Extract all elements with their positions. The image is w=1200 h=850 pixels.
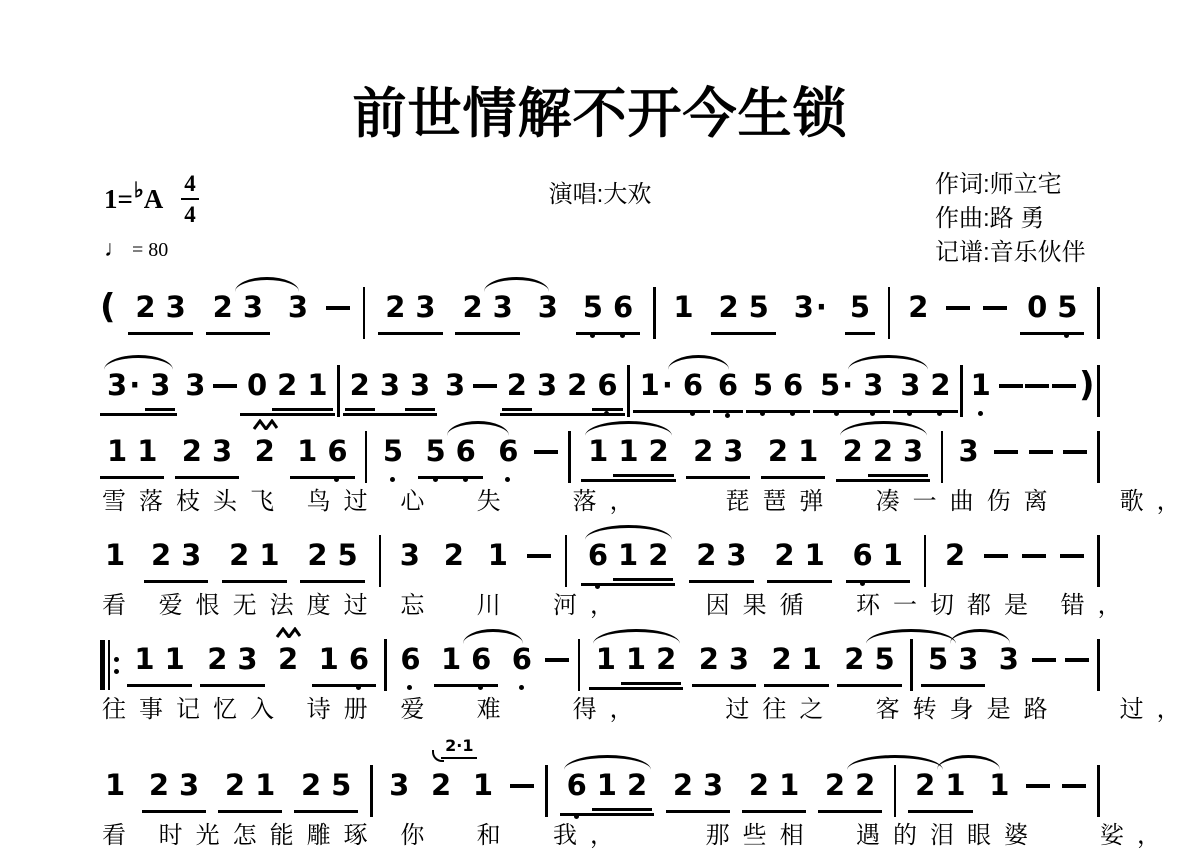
beamed-note-group: 23 — [692, 642, 756, 687]
beamed-note-group: 25 — [300, 538, 364, 583]
note-digit: 1 — [307, 368, 327, 402]
note: 6 — [451, 434, 481, 474]
note: 2 — [940, 538, 970, 578]
note-digit: 3 — [410, 368, 430, 402]
note: 2 — [644, 434, 674, 477]
note: 2 — [651, 642, 681, 685]
note-digit: 2 — [207, 642, 227, 676]
sustain-dash — [1063, 450, 1087, 454]
sustain-dash — [1060, 554, 1084, 558]
note: 1 — [613, 538, 643, 581]
note: 2 — [130, 290, 160, 330]
slur-arc — [104, 355, 173, 370]
note-digit: 2 — [151, 538, 171, 572]
note: 6 — [395, 642, 425, 682]
note-digit: 2 — [873, 434, 893, 468]
credits-block: 作词:师立宅 作曲:路 勇 记谱:音乐伙伴 — [935, 168, 1086, 270]
composer-credit: 作曲:路 勇 — [935, 202, 1086, 236]
barline — [910, 639, 913, 691]
note-digit: 2 — [718, 290, 738, 324]
note-digit: 2 — [182, 434, 202, 468]
note: 3 — [718, 434, 748, 474]
note-digit: 2 — [255, 434, 275, 468]
parenthesis-mark: ( — [100, 288, 116, 326]
note-digit: 3 — [999, 642, 1019, 676]
note-digit: 3 — [538, 290, 558, 324]
score-line-block: 1232125322·11612232122211看 时光怎能雕琢 你 和 我，… — [100, 750, 1100, 850]
music-line: 1232125322·11612232122211 — [100, 750, 1100, 816]
beamed-note-group: 23 — [686, 434, 750, 479]
beamed-note-group: 11 — [127, 642, 191, 687]
note: 1 — [966, 368, 996, 408]
note: 2 — [502, 368, 532, 411]
sustain-dash — [946, 306, 970, 310]
beamed-note-group: 56 — [746, 368, 810, 413]
note: 2 — [691, 538, 721, 578]
note: 2 — [643, 538, 673, 581]
beamed-note-group: 21 — [761, 434, 825, 479]
note-digit: 2 — [277, 368, 297, 402]
barline — [941, 431, 944, 483]
sustain-dash — [1032, 658, 1056, 662]
note-digit: 1 — [259, 538, 279, 572]
note: 3 — [161, 290, 191, 330]
note: 3 — [724, 642, 754, 682]
note: 5 — [869, 642, 899, 682]
note: 1 — [592, 768, 622, 811]
barline — [888, 287, 891, 339]
note: 1 — [591, 642, 621, 685]
beamed-note-group: 23 — [666, 768, 730, 813]
note-digit: 2 — [696, 538, 716, 572]
note-digit: 3 — [703, 768, 723, 802]
note-digit: 2 — [307, 538, 327, 572]
transcriber-credit: 记谱:音乐伙伴 — [935, 236, 1086, 270]
beamed-note-group: 11 — [100, 434, 164, 479]
note-digit: 3 — [729, 642, 749, 676]
note-digit: 2 — [385, 290, 405, 324]
note: 1 — [302, 368, 332, 411]
barline — [370, 765, 373, 817]
mordent-icon — [252, 419, 278, 430]
barline — [363, 287, 366, 339]
note-digit: 5 — [331, 768, 351, 802]
note-digit: 0 — [1027, 290, 1047, 324]
note-digit: 2 — [213, 290, 233, 324]
note-digit: 3 — [389, 768, 409, 802]
note-digit: 2 — [908, 290, 928, 324]
augmentation-dot: · — [814, 290, 827, 324]
note-digit: 6 — [471, 642, 491, 676]
note: 1 — [793, 434, 823, 474]
note: 2 — [839, 642, 869, 682]
beamed-note-group: 32 — [893, 368, 957, 413]
note-digit: 3 — [445, 368, 465, 402]
note-digit: 1 — [802, 642, 822, 676]
beamed-note-group: 23 — [378, 290, 442, 335]
note-digit: 1 — [798, 434, 818, 468]
note-digit: 2 — [843, 434, 863, 468]
beamed-note-group: 21 — [908, 768, 972, 813]
barline — [924, 535, 927, 587]
note: 2 — [820, 768, 850, 808]
note: 1 — [668, 290, 698, 330]
note: 1 — [250, 768, 280, 808]
note: 2 — [694, 642, 724, 682]
note: 6 — [322, 434, 352, 474]
note: 1 — [797, 642, 827, 682]
note-digit: 2 — [278, 642, 298, 676]
slur-arc — [585, 525, 672, 540]
note-digit: 6 — [498, 434, 518, 468]
sustain-dash — [213, 384, 237, 388]
slur-arc — [668, 355, 730, 370]
note-digit: 1 — [473, 768, 493, 802]
note-digit: 5 — [383, 434, 403, 468]
note-digit: 3 — [237, 642, 257, 676]
beamed-note-group: 53 — [921, 642, 985, 687]
note: 1 — [878, 538, 908, 578]
note: 1 — [132, 434, 162, 474]
note-digit: 5 — [749, 290, 769, 324]
note: 3 — [395, 538, 425, 578]
note-digit: 2 — [149, 768, 169, 802]
note: 2 — [763, 434, 793, 474]
tempo-marking: ♩ = 80 — [104, 236, 199, 262]
note: 1 — [314, 642, 344, 682]
note: 5 — [420, 434, 450, 474]
note-digit: 3 — [166, 290, 186, 324]
beamed-note-group: 21 — [742, 768, 806, 813]
note: 3 — [858, 368, 888, 408]
note: 3 — [176, 538, 206, 578]
note-digit: 2 — [648, 538, 668, 572]
note-digit: 1 — [618, 538, 638, 572]
note: 2 — [688, 434, 718, 474]
note-digit: 3 — [794, 290, 814, 324]
note-digit: 6 — [567, 768, 587, 802]
note: 6 — [344, 642, 374, 682]
note: 1 — [621, 642, 651, 685]
sustain-dash — [326, 306, 350, 310]
note: 5· — [815, 368, 858, 408]
song-title: 前世情解不开今生锁 — [0, 85, 1200, 144]
note: 2 — [220, 768, 250, 808]
note-digit: 3 — [903, 434, 923, 468]
slur-arc — [463, 629, 524, 644]
lyrics-line: 往事记忆入 诗册 爱 难 得， 过往之 客转身是路 过， — [102, 692, 1100, 728]
note: 3 — [532, 368, 562, 411]
note: 22·1 — [426, 768, 456, 808]
lyricist-credit: 作词:师立宅 — [935, 168, 1086, 202]
augmentation-dot: · — [660, 368, 673, 402]
sustain-dash — [983, 306, 1007, 310]
note-digit: 6 — [512, 642, 532, 676]
lyrics-line: 雪落枝头飞 鸟过 心 失 落， 琵琶弹 凑一曲伤离 歌， — [102, 484, 1100, 520]
note-digit: 3 — [181, 538, 201, 572]
note-digit: 3 — [723, 434, 743, 468]
note-digit: 1 — [805, 538, 825, 572]
grace-notes: 2·1 — [441, 736, 477, 758]
note-digit: 3 — [179, 768, 199, 802]
beamed-note-group: 23 — [206, 290, 270, 335]
note: 3 — [488, 290, 518, 330]
beamed-note-group: 21 — [764, 642, 828, 687]
score-header: 1=♭A 4 4 ♩ = 80 演唱:大欢 作词:师立宅 作曲:路 勇 记谱:音… — [0, 170, 1200, 272]
note: 2 — [766, 642, 796, 682]
note: 3 — [953, 642, 983, 682]
note: 2 — [202, 642, 232, 682]
repeat-dot — [114, 657, 119, 662]
beamed-note-group: 25 — [837, 642, 901, 687]
slur-arc — [848, 355, 929, 370]
note-digit: 1 — [673, 290, 693, 324]
note: 6 — [608, 290, 638, 330]
slur-arc — [235, 277, 300, 292]
sustain-dash — [1029, 450, 1053, 454]
note-digit: 2 — [507, 368, 527, 402]
beamed-note-group: 112 — [581, 434, 676, 482]
note: 5 — [845, 290, 875, 335]
note-digit: 6 — [349, 642, 369, 676]
note-digit: 1 — [137, 434, 157, 468]
mordent-icon — [275, 627, 301, 638]
music-line: (2323323233561253·5205 — [100, 272, 1100, 338]
note-digit: 6 — [597, 368, 617, 402]
note-digit: 6 — [783, 368, 803, 402]
note-digit: 5 — [753, 368, 773, 402]
sustain-dash — [473, 384, 497, 388]
barline — [384, 639, 387, 691]
note: 3 — [698, 768, 728, 808]
slur-arc — [937, 755, 1001, 770]
note-digit: 6 — [456, 434, 476, 468]
note: 2 — [177, 434, 207, 474]
barline — [565, 535, 568, 587]
barline — [1097, 365, 1100, 417]
note-digit: 2 — [945, 538, 965, 572]
note-digit: 3 — [380, 368, 400, 402]
note-digit: 2 — [649, 434, 669, 468]
note: 2 — [296, 768, 326, 808]
sustain-dash — [1025, 384, 1049, 388]
beamed-note-group: 112 — [589, 642, 684, 690]
repeat-thick-bar — [100, 640, 105, 690]
note: 3· — [102, 368, 145, 411]
notation-area: (2323323233561253·52053·33021233323261·6… — [100, 272, 1100, 850]
note: 1· — [635, 368, 678, 408]
barline — [365, 431, 368, 483]
note-digit: 2 — [301, 768, 321, 802]
beamed-note-group: 25 — [711, 290, 775, 335]
note-digit: 5 — [338, 538, 358, 572]
note: 2 — [144, 768, 174, 808]
lyrics-line: 看 爱恨无法度过 忘 川 河， 因果循 环一切都是 错， — [102, 588, 1100, 624]
note: 3 — [954, 434, 984, 474]
note-digit: 5 — [820, 368, 840, 402]
note-digit: 0 — [247, 368, 267, 402]
beamed-note-group: 21 — [218, 768, 282, 813]
note: 5 — [333, 538, 363, 578]
note: 3 — [410, 290, 440, 330]
score-line-block: 11232166166112232125533往事记忆入 诗册 爱 难 得， 过… — [100, 624, 1100, 728]
note-digit: 2 — [444, 538, 464, 572]
repeat-dots — [114, 640, 119, 690]
note-digit: 2 — [915, 768, 935, 802]
note: 1 — [160, 642, 190, 682]
note: 1 — [129, 642, 159, 682]
beamed-note-group: 21 — [767, 538, 831, 583]
note-digit: 1 — [596, 642, 616, 676]
music-line: 11232166166112232125533 — [100, 624, 1100, 690]
note: 2 — [850, 768, 880, 808]
note: 2 — [769, 538, 799, 578]
note-digit: 1 — [989, 768, 1009, 802]
beamed-note-group: 56 — [418, 434, 482, 479]
note: 3 — [232, 642, 262, 682]
note-digit: 2 — [567, 368, 587, 402]
repeat-thin-bar — [108, 640, 110, 690]
beamed-note-group: 56 — [576, 290, 640, 335]
note: 5 — [923, 642, 953, 682]
note-digit: 3 — [959, 434, 979, 468]
note-digit: 5 — [583, 290, 603, 324]
note: 6 — [507, 642, 537, 682]
note-digit: 2 — [930, 368, 950, 402]
note: 5 — [1052, 290, 1082, 330]
note: 3 — [440, 368, 470, 408]
beamed-note-group: 23 — [144, 538, 208, 583]
note-digit: 3 — [537, 368, 557, 402]
repeat-dot — [114, 669, 119, 674]
barline — [578, 639, 581, 691]
note: 1 — [483, 538, 513, 578]
sustain-dash — [1022, 554, 1046, 558]
note: 2 — [302, 538, 332, 578]
parenthesis-mark: ) — [1079, 366, 1095, 404]
sustain-dash — [534, 450, 558, 454]
note-digit: 3 — [150, 368, 170, 402]
note-digit: 6 — [588, 538, 608, 572]
note-digit: 3 — [185, 368, 205, 402]
note-digit: 1 — [105, 538, 125, 572]
score-line-block: 3·33021233323261·66565·3321) — [100, 350, 1100, 416]
note-digit: 1 — [779, 768, 799, 802]
barline — [1097, 765, 1100, 817]
sustain-dash — [999, 384, 1023, 388]
note: 2 — [345, 368, 375, 411]
note: 1 — [940, 768, 970, 808]
note: 3 — [207, 434, 237, 474]
augmentation-dot: · — [840, 368, 853, 402]
note-digit: 2 — [462, 290, 482, 324]
beamed-note-group: 3·3 — [100, 368, 177, 416]
note-digit: 2 — [855, 768, 875, 802]
note-digit: 5 — [928, 642, 948, 676]
note-digit: 1 — [165, 642, 185, 676]
note: 2 — [713, 290, 743, 330]
note-digit: 1 — [319, 642, 339, 676]
note: 3 — [994, 642, 1024, 682]
note-digit: 3 — [400, 538, 420, 572]
slur-arc — [866, 629, 956, 644]
slur-arc — [484, 277, 550, 292]
note-digit: 2 — [768, 434, 788, 468]
note-digit: 6 — [853, 538, 873, 572]
note: 2 — [250, 434, 280, 474]
note: 1 — [100, 768, 130, 808]
note: 6 — [466, 642, 496, 682]
slur-arc — [840, 421, 927, 436]
note: 3 — [898, 434, 928, 477]
note: 1 — [102, 434, 132, 474]
note: 3 — [895, 368, 925, 408]
tempo-value: = 80 — [132, 239, 168, 261]
beamed-note-group: 16 — [434, 642, 498, 687]
music-line: 1123216556611223212233 — [100, 416, 1100, 482]
note: 3 — [533, 290, 563, 330]
note-digit: 5 — [850, 290, 870, 324]
note-digit: 5 — [1057, 290, 1077, 324]
beamed-note-group: 22 — [818, 768, 882, 813]
note: 6 — [583, 538, 613, 581]
note-digit: 1 — [640, 368, 660, 402]
note: 1 — [100, 538, 130, 578]
beamed-note-group: 23 — [200, 642, 264, 687]
note-digit: 2 — [693, 434, 713, 468]
note: 6 — [592, 368, 622, 411]
beamed-note-group: 021 — [240, 368, 335, 416]
note: 1 — [800, 538, 830, 578]
note: 1 — [436, 642, 466, 682]
note-digit: 5 — [874, 642, 894, 676]
note: 1 — [468, 768, 498, 808]
slur-arc — [950, 629, 1011, 644]
note-digit: 3 — [900, 368, 920, 402]
note: 1 — [984, 768, 1014, 808]
beamed-note-group: 612 — [560, 768, 655, 816]
note-digit: 1 — [107, 434, 127, 468]
note: 5 — [744, 290, 774, 330]
note-digit: 5 — [425, 434, 445, 468]
note-digit: 1 — [626, 642, 646, 676]
note: 2 — [744, 768, 774, 808]
note: 6 — [678, 368, 708, 408]
note: 1 — [292, 434, 322, 474]
note: 2 — [622, 768, 652, 811]
note: 3 — [238, 290, 268, 330]
note-digit: 6 — [718, 368, 738, 402]
note: 6 — [778, 368, 808, 408]
sustain-dash — [984, 554, 1008, 558]
note: 1 — [254, 538, 284, 578]
barline — [545, 765, 548, 817]
note-digit: 3 — [415, 290, 435, 324]
note: 1 — [774, 768, 804, 808]
beamed-note-group: 23 — [689, 538, 753, 583]
note-digit: 3 — [107, 368, 127, 402]
note: 5 — [378, 434, 408, 474]
slur-arc — [564, 755, 651, 770]
note-digit: 3 — [243, 290, 263, 324]
note-digit: 1 — [597, 768, 617, 802]
note: 2 — [925, 368, 955, 408]
note-digit: 1 — [618, 434, 638, 468]
score-line-block: 12321253216122321612看 爱恨无法度过 忘 川 河， 因果循 … — [100, 520, 1100, 624]
slur-arc — [847, 755, 943, 770]
note: 2 — [910, 768, 940, 808]
lyrics-line: 看 时光怎能雕琢 你 和 我， 那些相 遇的泪眼婆 娑， — [102, 818, 1100, 850]
